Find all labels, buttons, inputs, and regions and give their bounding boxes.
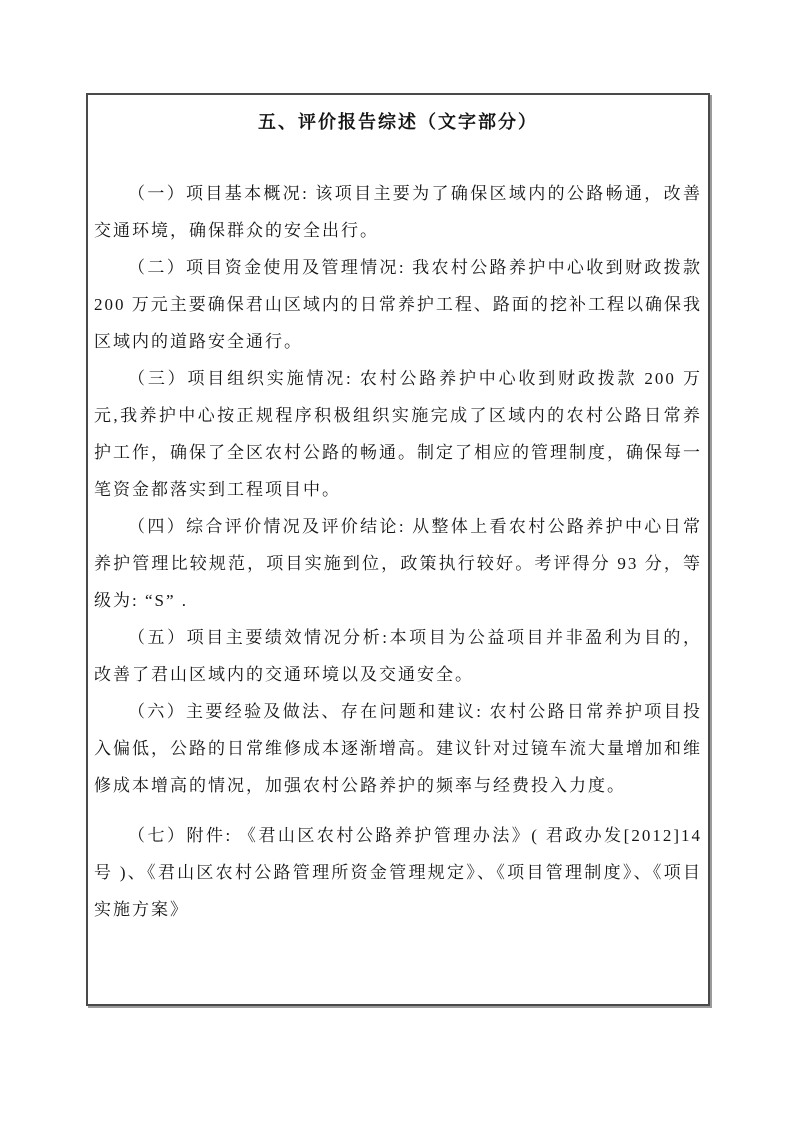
paragraph-performance-analysis: （五）项目主要绩效情况分析:本项目为公益项目并非盈利为目的，改善了君山区域内的交… (94, 619, 702, 693)
paragraph-implementation: （三）项目组织实施情况: 农村公路养护中心收到财政拨款 200 万元,我养护中心… (94, 360, 702, 508)
paragraph-evaluation-conclusion: （四）综合评价情况及评价结论: 从整体上看农村公路养护中心日常养护管理比较规范，… (94, 508, 702, 619)
document-page: 五、评价报告综述（文字部分） （一）项目基本概况: 该项目主要为了确保区域内的公… (0, 0, 793, 1122)
report-body: （一）项目基本概况: 该项目主要为了确保区域内的公路畅通，改善交通环境，确保群众… (88, 175, 708, 928)
paragraph-fund-usage: （二）项目资金使用及管理情况: 我农村公路养护中心收到财政拨款 200 万元主要… (94, 249, 702, 360)
paragraph-experience-suggestions: （六）主要经验及做法、存在问题和建议: 农村公路日常养护项目投入偏低，公路的日常… (94, 693, 702, 804)
paragraph-attachments: （七）附件: 《君山区农村公路养护管理办法》( 君政办发[2012]14号 )、… (94, 817, 702, 928)
report-summary-box: 五、评价报告综述（文字部分） （一）项目基本概况: 该项目主要为了确保区域内的公… (86, 93, 710, 1006)
section-title: 五、评价报告综述（文字部分） (88, 110, 708, 135)
paragraph-basic-overview: （一）项目基本概况: 该项目主要为了确保区域内的公路畅通，改善交通环境，确保群众… (94, 175, 702, 249)
